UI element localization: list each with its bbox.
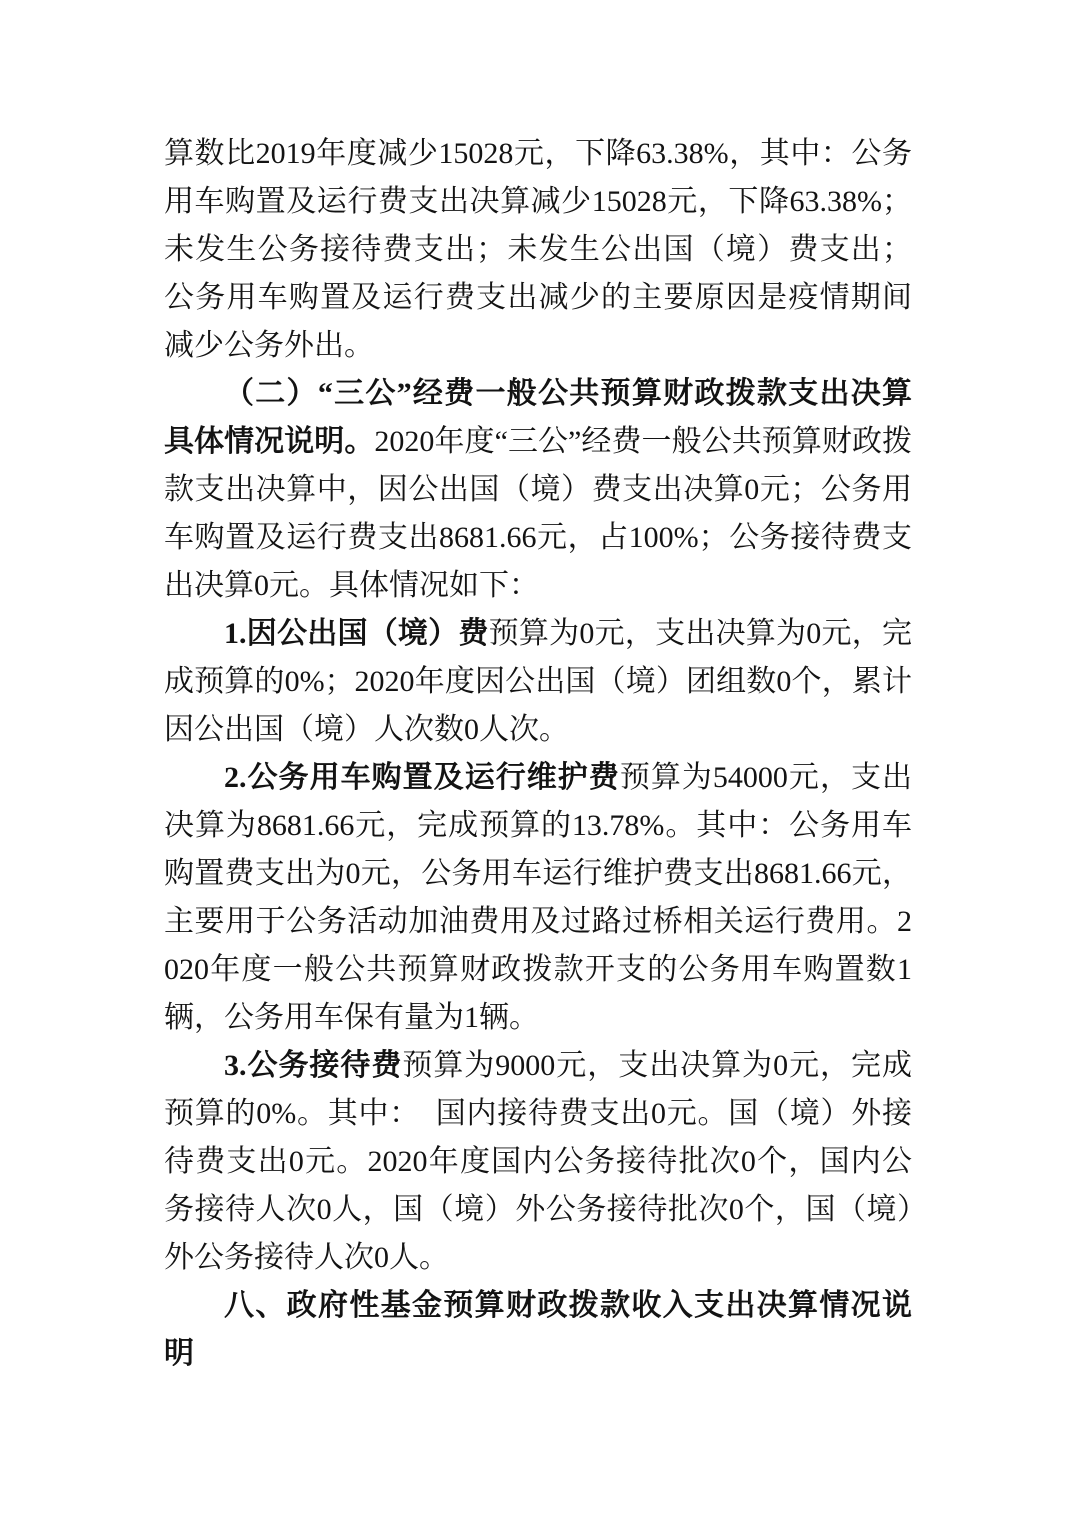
paragraph-item-3-reception-expense: 3.公务接待费预算为9000元，支出决算为0元，完成预算的0%。其中： 国内接待… (164, 1042, 912, 1282)
text-run: 算数比2019年度减少15028元，下降63.38%，其中：公务用车购置及运行费… (164, 137, 912, 362)
text-run: 预算为9000元，支出决算为0元，完成预算的0%。其中： 国内接待费支出0元。国… (164, 1049, 912, 1274)
text-run: 预算为54000元，支出决算为8681.66元，完成预算的13.78%。其中：公… (164, 761, 912, 1034)
paragraph-section-2-three-public-detail: （二）“三公”经费一般公共预算财政拨款支出决算具体情况说明。2020年度“三公”… (164, 370, 912, 610)
paragraph-carryover-three-public-decrease: 算数比2019年度减少15028元，下降63.38%，其中：公务用车购置及运行费… (164, 130, 912, 370)
paragraph-section-8-heading: 八、政府性基金预算财政拨款收入支出决算情况说明 (164, 1282, 912, 1378)
paragraph-item-2-vehicle-expense: 2.公务用车购置及运行维护费预算为54000元，支出决算为8681.66元，完成… (164, 754, 912, 1042)
bold-text-run: 八、政府性基金预算财政拨款收入支出决算情况说明 (164, 1289, 912, 1370)
paragraph-item-1-abroad-expense: 1.因公出国（境）费预算为0元，支出决算为0元，完成预算的0%；2020年度因公… (164, 610, 912, 754)
bold-text-run: 1.因公出国（境）费 (224, 617, 489, 650)
document-page: 算数比2019年度减少15028元，下降63.38%，其中：公务用车购置及运行费… (164, 130, 912, 1378)
bold-text-run: 3.公务接待费 (224, 1049, 402, 1082)
bold-text-run: 2.公务用车购置及运行维护费 (224, 761, 620, 794)
